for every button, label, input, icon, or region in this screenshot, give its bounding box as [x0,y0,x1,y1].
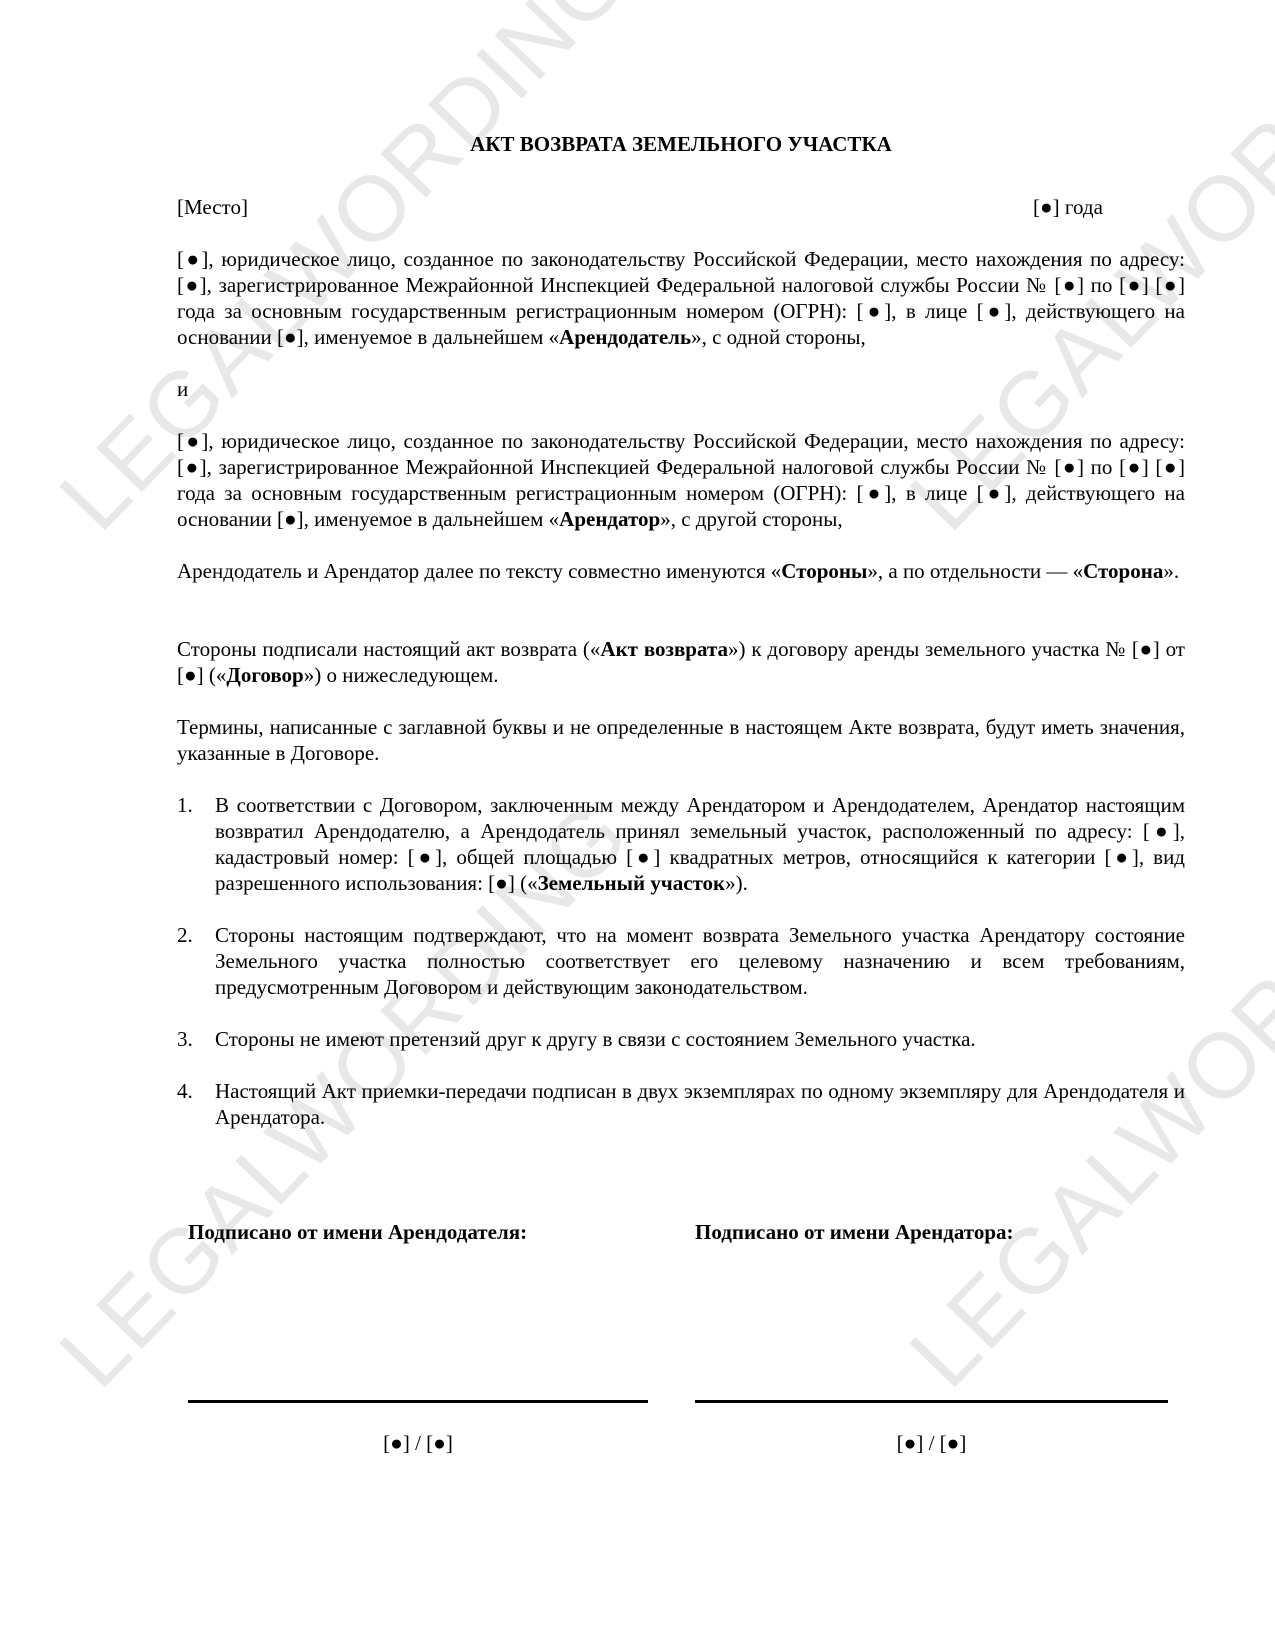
terms-paragraph: Термины, написанные с заглавной буквы и … [177,714,1185,766]
defined-term: Арендодатель [559,325,691,349]
landlord-paragraph: [●], юридическое лицо, созданное по зако… [177,246,1185,350]
defined-term: Сторона [1083,559,1163,583]
item-text: Стороны не имеют претензий друг к другу … [215,1026,1185,1052]
tenant-signature-heading: Подписано от имени Арендатора: [695,1219,1014,1245]
landlord-signature-heading: Подписано от имени Арендодателя: [188,1219,527,1245]
date-placeholder: [●] года [1033,194,1103,220]
text: ». [1163,559,1179,583]
defined-term: Стороны [781,559,867,583]
item-number: 1. [177,792,193,818]
item-text: Стороны настоящим подтверждают, что на м… [215,922,1185,1000]
landlord-signatory-name: [●] / [●] [188,1430,648,1456]
text: », с одной стороны, [691,325,866,349]
text: », с другой стороны, [660,507,842,531]
text: »). [725,871,748,895]
item-text: В соответствии с Договором, заключенным … [215,792,1185,896]
defined-term: Арендатор [559,507,660,531]
text: », а по отдельности — « [867,559,1083,583]
signed-paragraph: Стороны подписали настоящий акт возврата… [177,636,1185,688]
defined-term: Земельный участок [538,871,726,895]
defined-term: Договор [226,663,303,687]
item-number: 3. [177,1026,193,1052]
tenant-paragraph: [●], юридическое лицо, созданное по зако… [177,428,1185,532]
text: ») о нижеследующем. [304,663,499,687]
item-number: 2. [177,922,193,948]
parties-paragraph: Арендодатель и Арендатор далее по тексту… [177,558,1185,584]
defined-term: Акт возврата [600,637,728,661]
place-placeholder: [Место] [177,194,248,220]
tenant-signatory-name: [●] / [●] [695,1430,1168,1456]
text: Арендодатель и Арендатор далее по тексту… [177,559,781,583]
conjunction: и [177,376,1185,402]
document-title: АКТ ВОЗВРАТА ЗЕМЕЛЬНОГО УЧАСТКА [177,131,1185,157]
item-number: 4. [177,1078,193,1104]
tenant-signature-line [695,1400,1168,1403]
landlord-signature-line [188,1400,648,1403]
item-text: Настоящий Акт приемки-передачи подписан … [215,1078,1185,1130]
text: Стороны подписали настоящий акт возврата… [177,637,600,661]
